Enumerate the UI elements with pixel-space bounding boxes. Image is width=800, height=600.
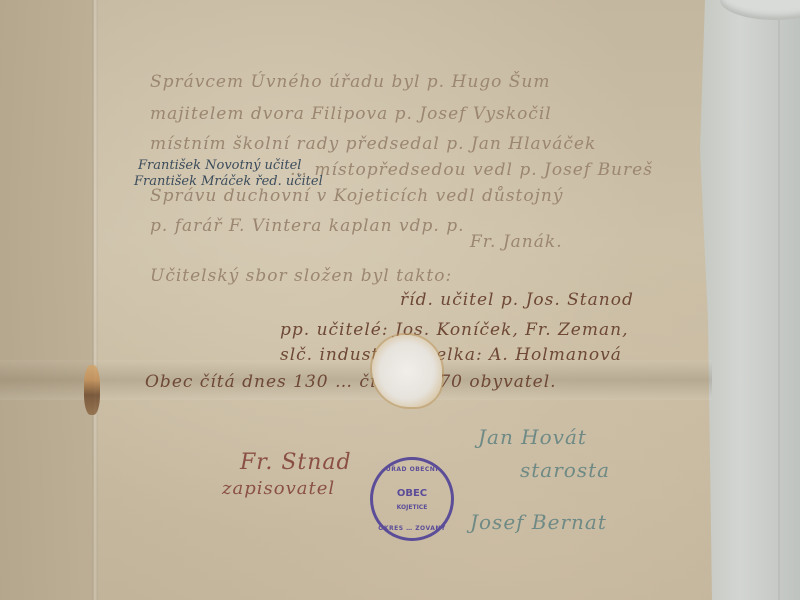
stamp-ring-top: ÚŘAD OBECNÍ bbox=[373, 466, 451, 473]
stamp-ring-bottom: OKRES … ZOVANY bbox=[373, 525, 451, 532]
text-line-3: místním školní rady předsedal p. Jan Hla… bbox=[150, 134, 596, 154]
text-line-5: Správu duchovní v Kojeticích vedl důstoj… bbox=[150, 186, 563, 206]
margin-note-line-2: František Mráček řed. učitel bbox=[134, 174, 323, 189]
background-wall bbox=[700, 0, 800, 600]
clerk-title: zapisovatel bbox=[222, 478, 335, 499]
text-line-4: … místopředsedou vedl p. Josef Bureš bbox=[290, 160, 653, 180]
wall-crease bbox=[778, 0, 780, 600]
mayor-signature: Jan Hovát bbox=[478, 425, 587, 449]
stamp-center: OBEC bbox=[373, 488, 451, 499]
paper-hole bbox=[372, 335, 442, 407]
mayor-title: starosta bbox=[520, 458, 610, 482]
vertical-fold bbox=[92, 0, 98, 600]
clerk-signature: Fr. Stnad bbox=[240, 450, 352, 475]
text-line-7: Fr. Janák. bbox=[470, 232, 563, 252]
witness-signature: Josef Bernat bbox=[470, 510, 607, 534]
document-photograph: Správcem Úvného úřadu byl p. Hugo Šum ma… bbox=[0, 0, 800, 600]
text-line-11: slč. industr. učitelka: A. Holmanová bbox=[280, 345, 622, 365]
text-line-12: Obec čítá dnes 130 … čísel a 770 obyvate… bbox=[145, 372, 557, 392]
paper-tear bbox=[84, 365, 100, 415]
margin-note-line-1: František Novotný učitel bbox=[138, 158, 301, 173]
municipal-stamp: ÚŘAD OBECNÍ OBEC KOJETICE OKRES … ZOVANY bbox=[370, 457, 454, 541]
text-line-6: p. farář F. Vintera kaplan vdp. p. bbox=[150, 216, 465, 236]
text-line-9: říd. učitel p. Jos. Stanod bbox=[400, 290, 634, 310]
text-line-1: Správcem Úvného úřadu byl p. Hugo Šum bbox=[150, 72, 551, 92]
text-line-10: pp. učitelé: Jos. Koníček, Fr. Zeman, bbox=[280, 320, 628, 340]
stamp-center-sub: KOJETICE bbox=[373, 504, 451, 511]
paper-left-flap bbox=[0, 0, 94, 600]
text-line-2: majitelem dvora Filipova p. Josef Vyskoč… bbox=[150, 104, 552, 124]
text-line-8: Učitelský sbor složen byl takto: bbox=[150, 266, 452, 286]
